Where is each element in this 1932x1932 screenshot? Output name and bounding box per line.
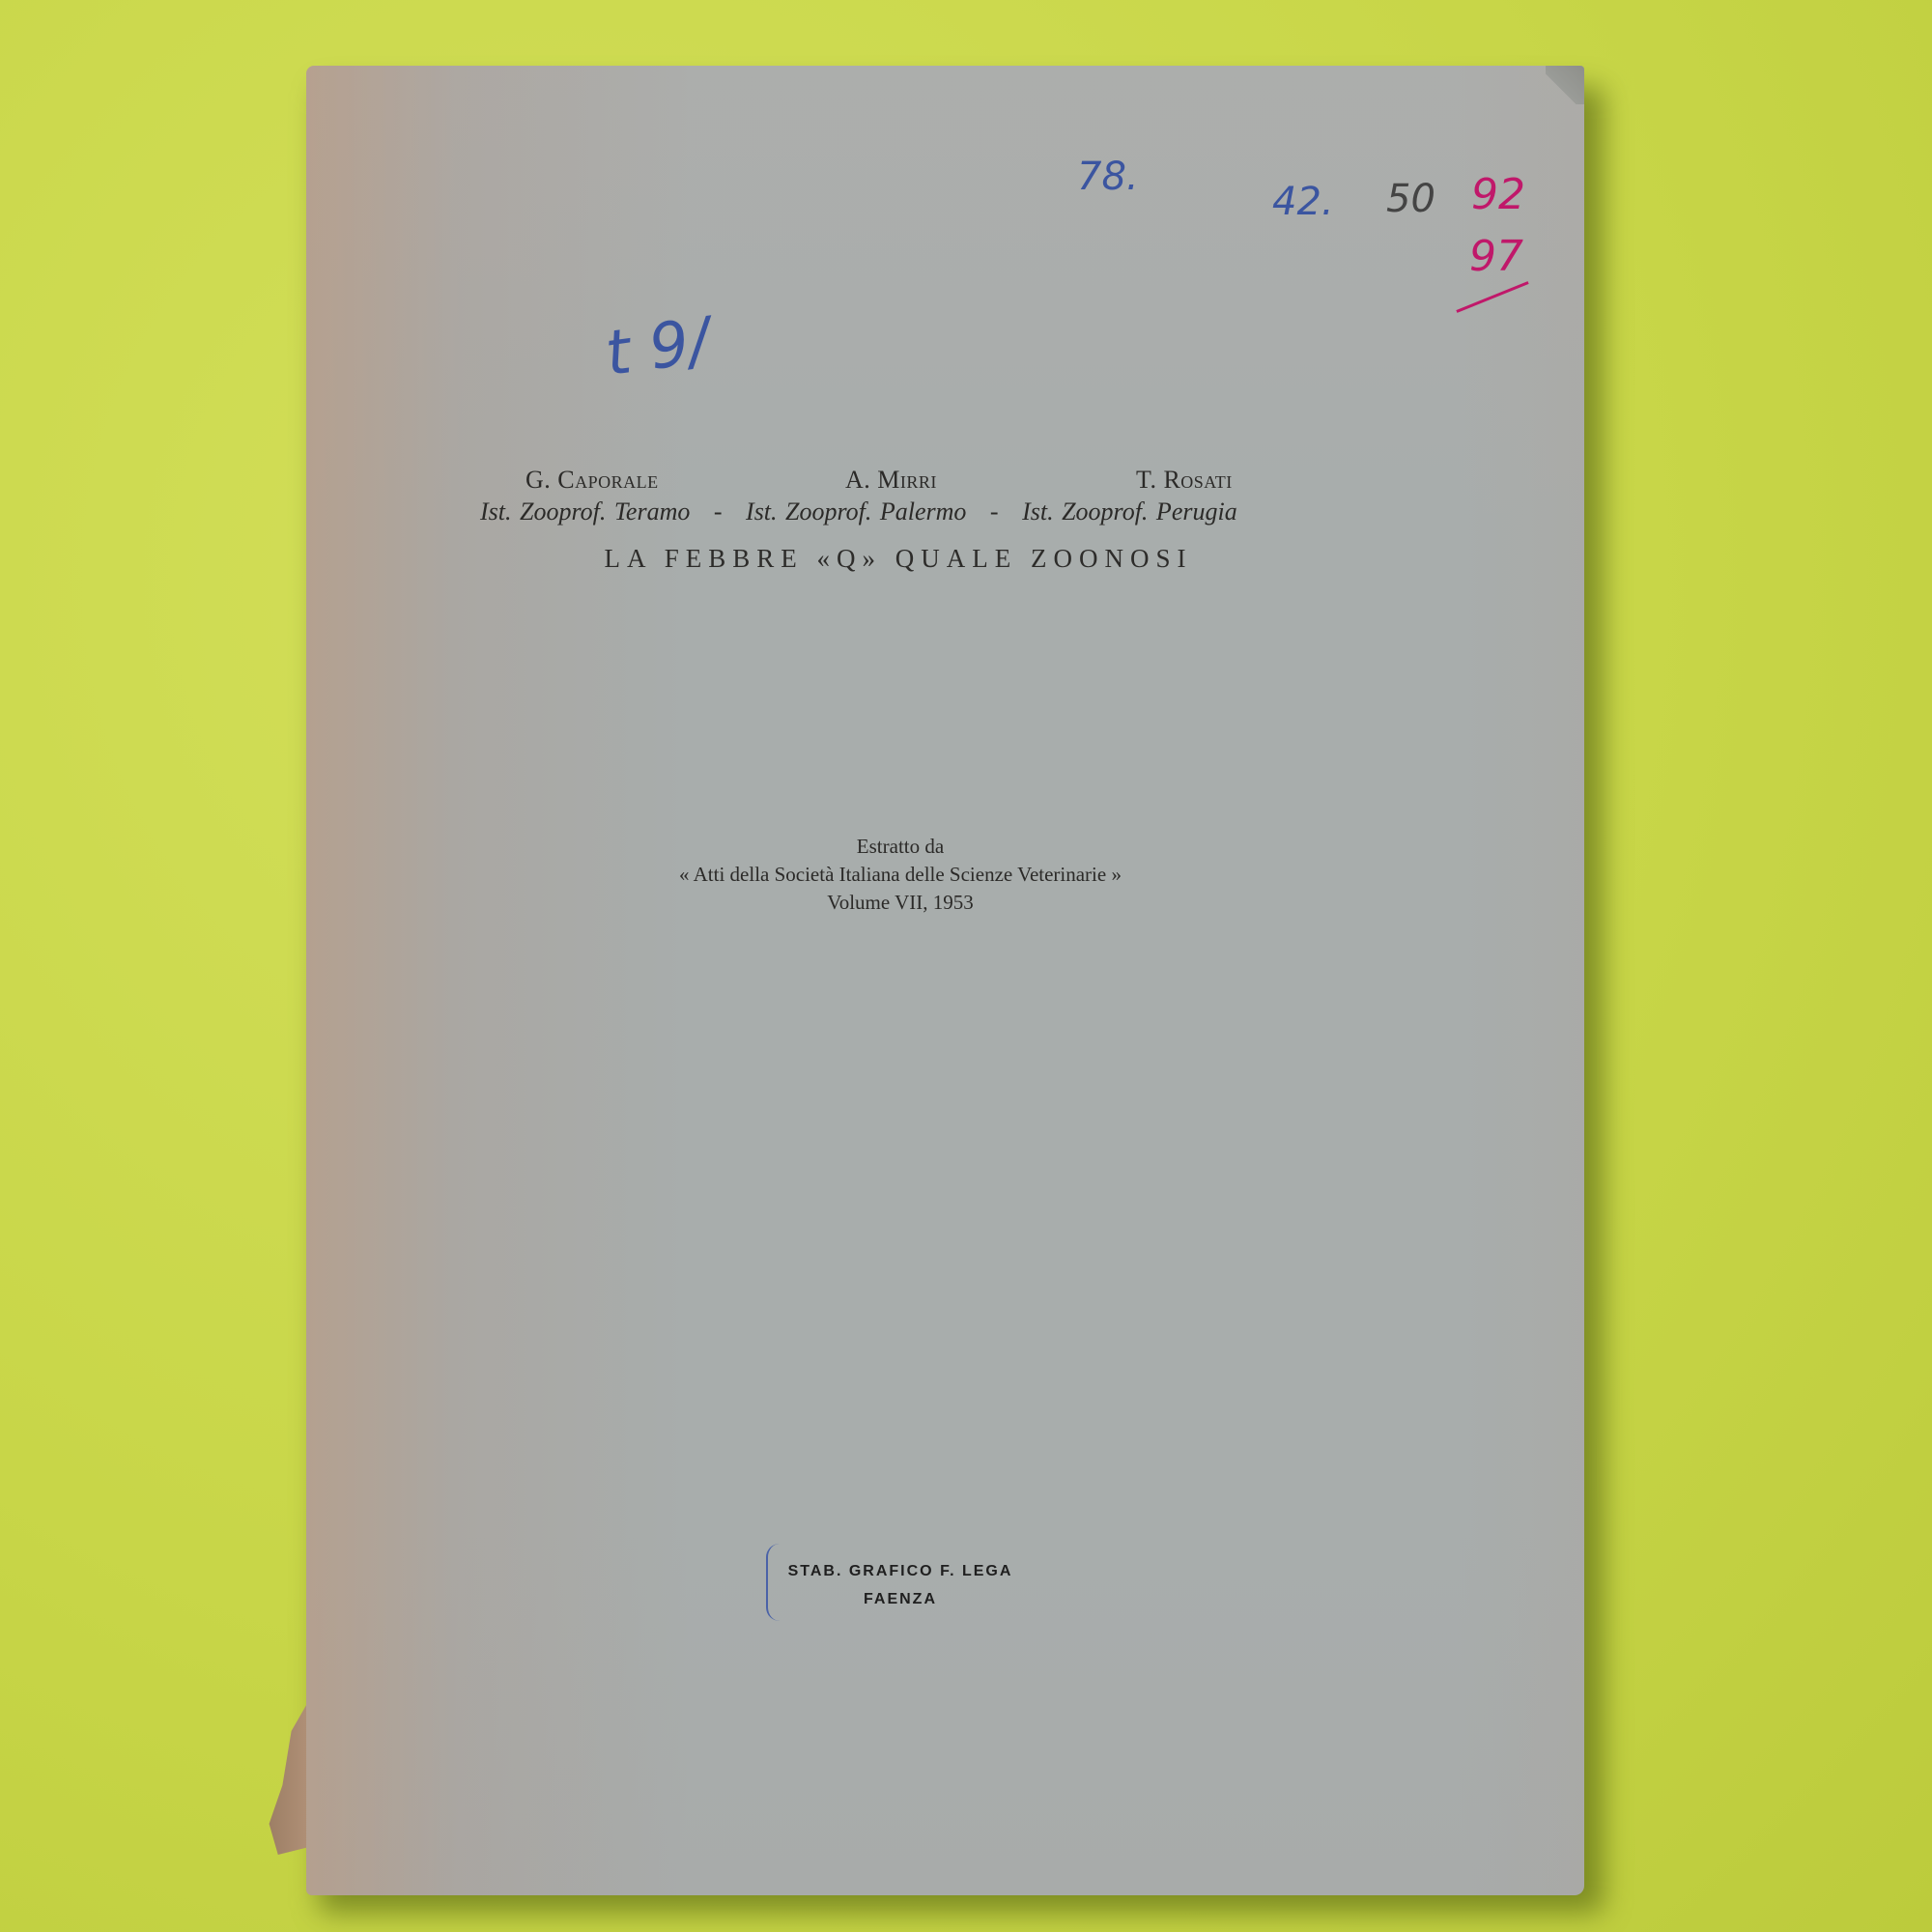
torn-spine-edge [265, 1700, 309, 1855]
handwritten-number-3: 50 [1386, 177, 1435, 221]
handwritten-mark-top-left: t 9/ [601, 305, 714, 390]
affiliation-2: Ist. Zooprof. Palermo [746, 497, 966, 526]
affiliation-3: Ist. Zooprof. Perugia [1022, 497, 1237, 526]
author-affiliations: Ist. Zooprof. Teramo - Ist. Zooprof. Pal… [480, 497, 1237, 526]
document-title: LA FEBBRE «Q» QUALE ZOONOSI [0, 544, 1864, 574]
document-cover: t 9/ 78. 42. 50 92 97 [306, 66, 1584, 1895]
affiliation-separator: - [990, 497, 999, 526]
volume-year: Volume VII, 1953 [0, 889, 1866, 917]
author-name-1: G. Caporale [526, 466, 659, 495]
author-name-2: A. Mirri [845, 466, 937, 495]
handwritten-number-5: 97 [1469, 232, 1523, 281]
handwritten-underline [1456, 281, 1528, 313]
journal-name: « Atti della Società Italiana delle Scie… [0, 861, 1866, 889]
handwritten-number-1: 78. [1077, 155, 1139, 199]
affiliation-1: Ist. Zooprof. Teramo [480, 497, 690, 526]
printer-name: STAB. GRAFICO F. LEGA [0, 1557, 1866, 1585]
affiliation-separator: - [714, 497, 723, 526]
extract-label: Estratto da [0, 833, 1866, 861]
handwritten-number-4: 92 [1471, 170, 1525, 219]
author-name-3: T. Rosati [1136, 466, 1233, 495]
printer-info: STAB. GRAFICO F. LEGA FAENZA [0, 1557, 1866, 1613]
handwritten-number-2: 42. [1272, 180, 1334, 224]
folded-corner [1546, 66, 1584, 104]
printer-city: FAENZA [0, 1585, 1866, 1613]
extract-info: Estratto da « Atti della Società Italian… [0, 833, 1866, 917]
